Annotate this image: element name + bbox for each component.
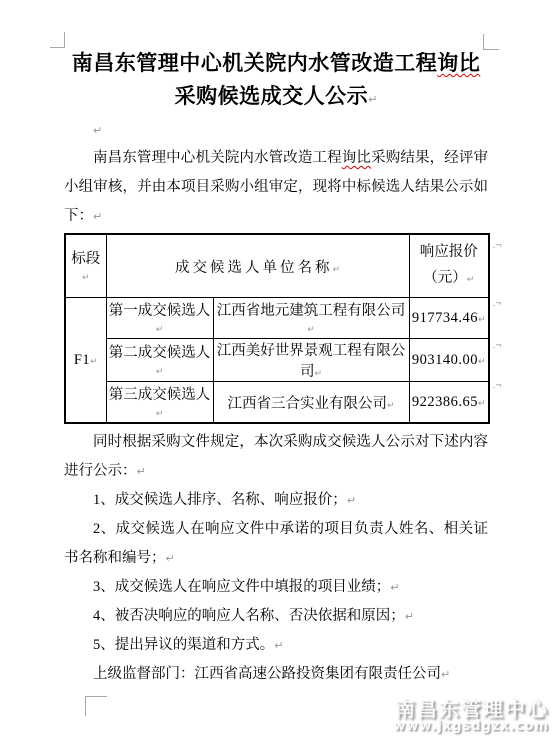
row-end-mark: .¬ <box>493 241 502 250</box>
list-item-1: 1、成交候选人排序、名称、响应报价；↵ <box>64 486 488 515</box>
cell-end-mark: ↵ <box>478 315 486 325</box>
intro-spellcheck-flagged-text: 询比 <box>342 150 371 166</box>
cell-end-mark: ↵ <box>314 369 322 379</box>
paragraph-end-mark: ↵ <box>405 610 414 623</box>
section-cell: F1↵ <box>65 298 106 424</box>
paragraph-end-mark: ↵ <box>274 639 283 652</box>
header-label-price-line1: 响应报价 <box>412 239 487 265</box>
list-item-text: 1、成交候选人排序、名称、响应报价； <box>93 492 347 508</box>
document-title: 南昌东管理中心机关院内水管改造工程询比 采购候选成交人公示↵ <box>64 47 488 116</box>
empty-paragraph: ↵ <box>64 116 488 144</box>
cell-end-mark: ↵ <box>478 399 486 409</box>
header-label-section: 标段 <box>71 251 100 267</box>
rank-label: 第一成交候选人 <box>109 303 211 319</box>
table-row: 第二成交候选人↵ 江西美好世界景观工程有限公司↵ 903140.00↵ <box>65 339 489 382</box>
title-line-1: 南昌东管理中心机关院内水管改造工程询比 <box>64 47 488 80</box>
rank-cell: 第三成交候选人↵ <box>106 382 213 424</box>
cell-end-mark: ↵ <box>156 325 164 335</box>
price-cell: 903140.00↵ <box>409 339 489 382</box>
text-boundary-mark-bottom-left <box>85 696 107 716</box>
list-item-3: 3、成交候选人在响应文件中填报的项目业绩；↵ <box>64 573 488 602</box>
document-body: 南昌东管理中心机关院内水管改造工程询比 采购候选成交人公示↵ ↵ 南昌东管理中心… <box>64 47 488 689</box>
paragraph-end-mark: ↵ <box>347 494 356 507</box>
price-cell: 922386.65↵ <box>409 382 489 424</box>
price-value: 922386.65 <box>412 394 478 410</box>
table-row: 第三成交候选人↵ 江西省三合实业有限公司↵ 922386.65↵ <box>65 382 489 424</box>
list-item-2: 2、成交候选人在响应文件中承诺的项目负责人姓名、相关证书名称和编号；↵ <box>64 515 488 573</box>
watermark-site-name: 南昌东管理中心 <box>393 698 549 720</box>
title-text: 南昌东管理中心机关院内水管改造工程 <box>72 51 438 75</box>
paragraph-end-mark: ↵ <box>93 124 102 137</box>
price-value: 917734.46 <box>412 310 478 326</box>
list-item-text: 4、被否决响应的响应人名称、否决依据和原因； <box>93 608 405 624</box>
post-table-section: 同时根据采购文件规定，本次采购成交候选人公示对下述内容进行公示：↵ 1、成交候选… <box>64 428 488 689</box>
header-label-price-line2: （元）↵ <box>412 265 487 293</box>
header-cell-company: 成交候选人单位名称↵ <box>106 234 409 298</box>
cell-end-mark: ↵ <box>82 273 90 283</box>
paragraph-end-mark: ↵ <box>137 465 146 478</box>
section-label: F1 <box>74 352 90 368</box>
header-label-price-unit: （元） <box>423 270 467 286</box>
title-line-2: 采购候选成交人公示↵ <box>64 80 488 116</box>
list-item-4: 4、被否决响应的响应人名称、否决依据和原因；↵ <box>64 602 488 631</box>
cell-end-mark: ↵ <box>307 325 315 335</box>
intro-text-1: 南昌东管理中心机关院内水管改造工程 <box>93 150 342 166</box>
list-item-text: 3、成交候选人在响应文件中填报的项目业绩； <box>93 579 390 595</box>
paragraph-end-mark: ↵ <box>368 93 377 106</box>
company-name: 江西省地元建筑工程有限公司 <box>217 303 406 319</box>
company-cell: 江西省地元建筑工程有限公司↵ <box>213 298 409 339</box>
rank-label: 第二成交候选人 <box>109 345 211 361</box>
rank-cell: 第一成交候选人↵ <box>106 298 213 339</box>
row-end-mark: .¬ <box>493 381 502 390</box>
paragraph-end-mark: ↵ <box>93 210 102 223</box>
title-spellcheck-flagged-text: 询比 <box>437 51 480 75</box>
rank-label: 第三成交候选人 <box>109 387 211 403</box>
table-header-row: 标段↵ 成交候选人单位名称↵ 响应报价 （元）↵ <box>65 234 489 298</box>
cell-end-mark: ↵ <box>387 401 395 411</box>
paragraph-end-mark: ↵ <box>166 552 175 565</box>
paragraph-end-mark: ↵ <box>390 581 399 594</box>
price-value: 903140.00 <box>412 352 478 368</box>
rank-cell: 第二成交候选人↵ <box>106 339 213 382</box>
document-page: 南昌东管理中心机关院内水管改造工程询比 采购候选成交人公示↵ ↵ 南昌东管理中心… <box>0 0 553 739</box>
disclosure-text: 同时根据采购文件规定，本次采购成交候选人公示对下述内容进行公示： <box>64 434 488 479</box>
company-cell: 江西省三合实业有限公司↵ <box>213 382 409 424</box>
paragraph-end-mark: ↵ <box>441 668 450 681</box>
results-table-container: 标段↵ 成交候选人单位名称↵ 响应报价 （元）↵ F1↵ 第一成交候选人↵ 江西… <box>64 233 488 424</box>
cell-end-mark: ↵ <box>156 367 164 377</box>
supervisor-text: 上级监督部门：江西省高速公路投资集团有限责任公司 <box>93 666 441 682</box>
cell-end-mark: ↵ <box>90 357 98 367</box>
text-boundary-mark-top-left <box>50 32 65 48</box>
list-item-text: 2、成交候选人在响应文件中承诺的项目负责人姓名、相关证书名称和编号； <box>64 521 488 566</box>
table-row: F1↵ 第一成交候选人↵ 江西省地元建筑工程有限公司↵ 917734.46↵ <box>65 298 489 339</box>
list-item-text: 5、提出异议的渠道和方式。 <box>93 637 274 653</box>
price-cell: 917734.46↵ <box>409 298 489 339</box>
row-end-mark: .¬ <box>493 341 502 350</box>
results-table: 标段↵ 成交候选人单位名称↵ 响应报价 （元）↵ F1↵ 第一成交候选人↵ 江西… <box>64 233 490 424</box>
list-item-5: 5、提出异议的渠道和方式。↵ <box>64 631 488 660</box>
cell-end-mark: ↵ <box>478 357 486 367</box>
intro-paragraph: 南昌东管理中心机关院内水管改造工程询比采购结果，经评审小组审核，并由本项目采购小… <box>64 144 488 231</box>
company-cell: 江西美好世界景观工程有限公司↵ <box>213 339 409 382</box>
cell-end-mark: ↵ <box>467 275 475 285</box>
header-cell-section: 标段↵ <box>65 234 106 298</box>
company-name: 江西省三合实业有限公司 <box>227 396 387 412</box>
row-end-mark: .¬ <box>493 299 502 308</box>
cell-end-mark: ↵ <box>156 409 164 419</box>
company-name: 江西美好世界景观工程有限公司 <box>217 343 406 380</box>
cell-end-mark: ↵ <box>332 265 340 275</box>
supervisor-paragraph: 上级监督部门：江西省高速公路投资集团有限责任公司↵ <box>64 660 488 689</box>
site-watermark: 南昌东管理中心 www.jxgsdgzx.com <box>393 698 549 734</box>
watermark-site-url: www.jxgsdgzx.com <box>393 720 549 734</box>
title-text-2: 采购候选成交人公示 <box>175 84 369 108</box>
disclosure-paragraph: 同时根据采购文件规定，本次采购成交候选人公示对下述内容进行公示：↵ <box>64 428 488 486</box>
header-cell-price: 响应报价 （元）↵ <box>409 234 489 298</box>
header-label-company: 成交候选人单位名称 <box>175 260 333 276</box>
